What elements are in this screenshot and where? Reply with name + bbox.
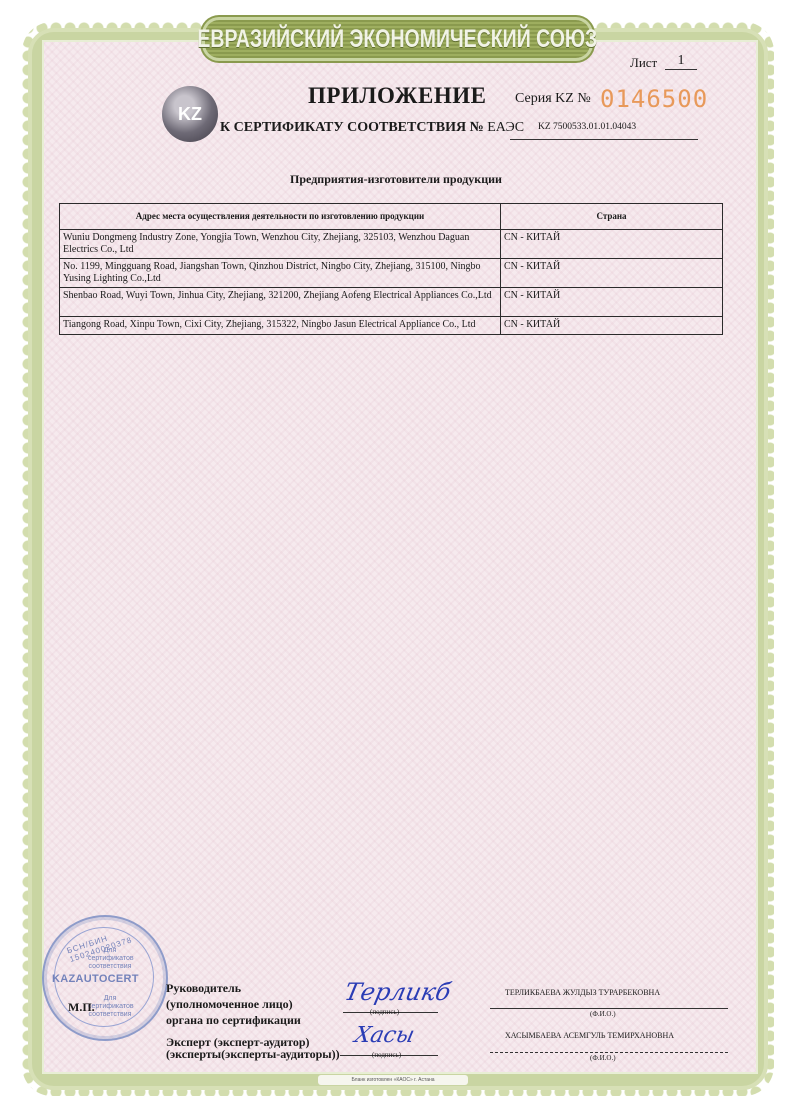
head-label-1: Руководитель: [166, 980, 301, 996]
eaeu-banner: ЕВРАЗИЙСКИЙ ЭКОНОМИЧЕСКИЙ СОЮЗ: [205, 20, 590, 58]
table-row: No. 1199, Mingguang Road, Jiangshan Town…: [60, 259, 723, 288]
certificate-subtitle: К СЕРТИФИКАТУ СООТВЕТСТВИЯ № ЕАЭС: [220, 120, 524, 136]
expert-name-caption: (Ф.И.О.): [590, 1054, 616, 1062]
head-name-caption: (Ф.И.О.): [590, 1010, 616, 1018]
sheet-label: Лист: [630, 55, 657, 71]
table-header-row: Адрес места осуществления деятельности п…: [60, 204, 723, 230]
head-labels: Руководитель (уполномоченное лицо) орган…: [166, 980, 301, 1028]
certificate-number-underline: [510, 139, 698, 140]
subtitle-bold: К СЕРТИФИКАТУ СООТВЕТСТВИЯ №: [220, 120, 484, 135]
expert-label-2: (эксперты(эксперты-аудиторы)): [166, 1048, 340, 1060]
country-cell: CN - КИТАЙ: [501, 230, 723, 259]
section-title: Предприятия-изготовители продукции: [0, 172, 792, 187]
table-row: Shenbao Road, Wuyi Town, Jinhua City, Zh…: [60, 288, 723, 317]
banner-text: ЕВРАЗИЙСКИЙ ЭКОНОМИЧЕСКИЙ СОЮЗ: [198, 25, 598, 54]
head-label-2: (уполномоченное лицо): [166, 996, 301, 1012]
seal-place-label: М.П.: [68, 1000, 95, 1015]
table-row: Tiangong Road, Xinpu Town, Cixi City, Zh…: [60, 317, 723, 335]
expert-signature: Хасы: [352, 1023, 416, 1048]
address-cell: Shenbao Road, Wuyi Town, Jinhua City, Zh…: [60, 288, 501, 317]
series-number: 0146500: [600, 85, 708, 113]
subtitle-plain: ЕАЭС: [487, 120, 524, 135]
series-label: Серия KZ №: [515, 91, 591, 107]
expert-name: ХАСЫМБАЕВА АСЕМГУЛЬ ТЕМИРХАНОВНА: [505, 1031, 674, 1040]
address-cell: Tiangong Road, Xinpu Town, Cixi City, Zh…: [60, 317, 501, 335]
page-title: ПРИЛОЖЕНИЕ: [308, 83, 487, 109]
table-row: Wuniu Dongmeng Industry Zone, Yongjia To…: [60, 230, 723, 259]
address-cell: No. 1199, Mingguang Road, Jiangshan Town…: [60, 259, 501, 288]
sheet-number: 1: [665, 53, 697, 70]
expert-signature-caption: (подпись): [372, 1051, 401, 1059]
manufacturers-table: Адрес места осуществления деятельности п…: [59, 203, 723, 335]
column-header-country: Страна: [501, 204, 723, 230]
certificate-number: KZ 7500533.01.01.04043: [538, 122, 636, 132]
printer-note: Бланк изготовлен «КАОС» г. Астана: [318, 1075, 468, 1085]
column-header-address: Адрес места осуществления деятельности п…: [60, 204, 501, 230]
address-cell: Wuniu Dongmeng Industry Zone, Yongjia To…: [60, 230, 501, 259]
kz-hologram-icon: KZ: [162, 86, 218, 142]
stamp-text-top: Для сертификатов соответствия: [88, 947, 132, 971]
expert-name-line: [490, 1052, 728, 1053]
expert-labels: Эксперт (эксперт-аудитор) (эксперты(эксп…: [166, 1036, 340, 1060]
official-stamp: БСН/БИН 150240020378 Для сертификатов со…: [42, 915, 168, 1041]
head-signature-caption: (подпись): [370, 1008, 399, 1016]
logo-text: KZ: [178, 104, 202, 125]
stamp-brand: KAZAUTOCERT: [52, 973, 139, 985]
country-cell: CN - КИТАЙ: [501, 259, 723, 288]
country-cell: CN - КИТАЙ: [501, 288, 723, 317]
head-name: ТЕРЛИКБАЕВА ЖУЛДЫЗ ТУРАРБЕКОВНА: [505, 988, 660, 997]
head-signature: Терликб: [342, 978, 453, 1006]
head-label-3: органа по сертификации: [166, 1012, 301, 1028]
head-name-line: [490, 1008, 728, 1009]
country-cell: CN - КИТАЙ: [501, 317, 723, 335]
